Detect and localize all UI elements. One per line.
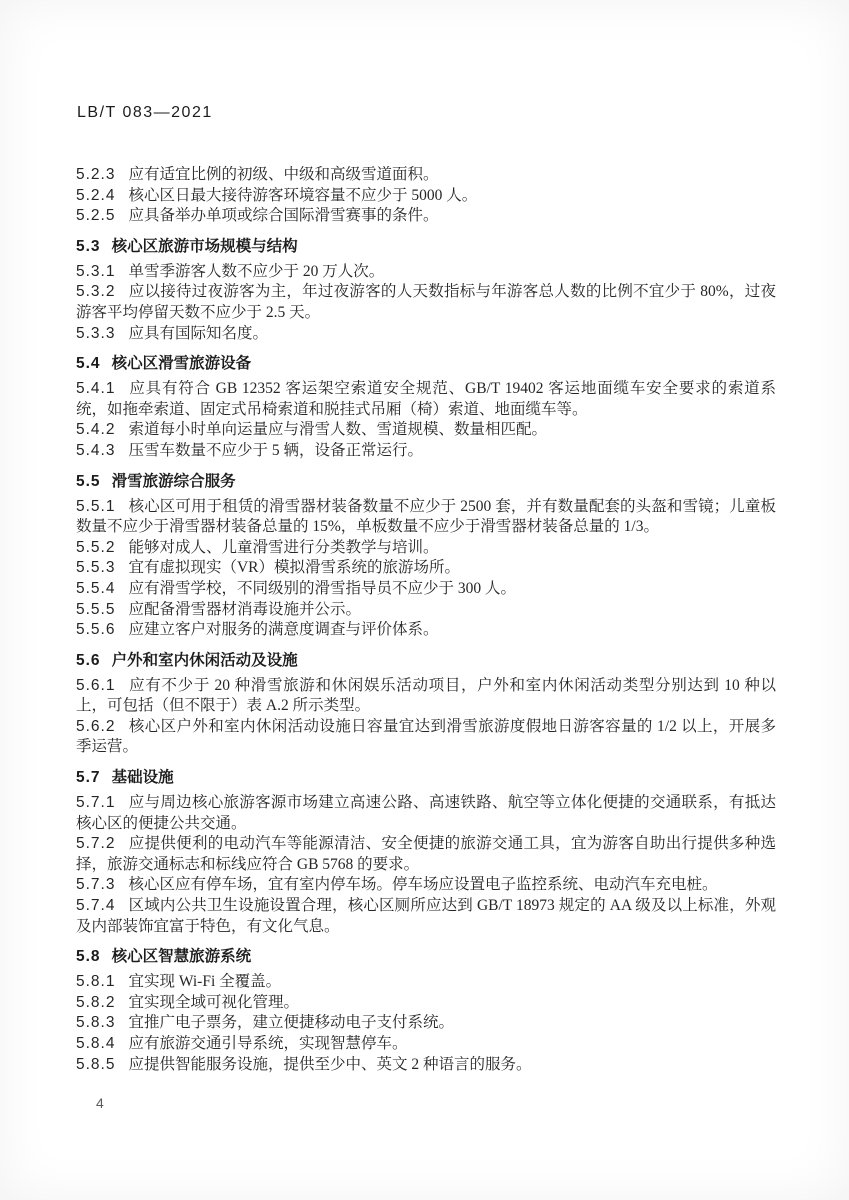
clause-text: 应有不少于 20 种滑雪旅游和休闲娱乐活动项目，户外和室内休闲活动类型分别达到 … — [76, 677, 776, 715]
clause-number: 5.2.4 — [76, 187, 115, 204]
clause-text: 区域内公共卫生设施设置合理，核心区厕所应达到 GB/T 18973 规定的 AA… — [76, 897, 776, 935]
clause-text: 应具备举办单项或综合国际滑雪赛事的条件。 — [128, 207, 438, 224]
document-code-header: LB/T 083—2021 — [77, 104, 213, 122]
clause-paragraph: 5.8.2宜实现全域可视化管理。 — [76, 993, 776, 1014]
section-number: 5.5 — [76, 473, 101, 490]
clause-text: 核心区日最大接待游客环境容量不应少于 5000 人。 — [128, 187, 477, 204]
clause-text: 核心区应有停车场，宜有室内停车场。停车场应设置电子监控系统、电动汽车充电桩。 — [128, 876, 717, 893]
clause-number: 5.7.3 — [76, 876, 115, 893]
clause-text: 宜推广电子票务，建立便捷移动电子支付系统。 — [128, 1014, 454, 1031]
clause-number: 5.3.1 — [76, 263, 115, 280]
clause-text: 应具有国际知名度。 — [128, 325, 268, 342]
clause-number: 5.8.2 — [76, 994, 115, 1011]
clause-text: 宜实现 Wi-Fi 全覆盖。 — [128, 973, 281, 990]
clause-number: 5.4.1 — [76, 380, 115, 397]
page-number: 4 — [96, 1095, 104, 1111]
section-heading: 5.5滑雪旅游综合服务 — [76, 471, 776, 492]
clause-text: 应与周边核心旅游客源市场建立高速公路、高速铁路、航空等立体化便捷的交通联系，有抵… — [76, 794, 776, 832]
clause-paragraph: 5.5.5应配备滑雪器材消毒设施并公示。 — [76, 600, 776, 621]
clause-paragraph: 5.3.2应以接待过夜游客为主，年过夜游客的人天数指标与年游客总人数的比例不宜少… — [76, 282, 776, 323]
clause-text: 核心区户外和室内休闲活动设施日容量宜达到滑雪旅游度假地日游客容量的 1/2 以上… — [76, 718, 776, 756]
section-title-text: 滑雪旅游综合服务 — [112, 473, 236, 490]
clause-paragraph: 5.8.5应提供智能服务设施，提供至少中、英文 2 种语言的服务。 — [76, 1055, 776, 1076]
clause-text: 应有旅游交通引导系统，实现智慧停车。 — [128, 1035, 407, 1052]
clause-paragraph: 5.6.2核心区户外和室内休闲活动设施日容量宜达到滑雪旅游度假地日游客容量的 1… — [76, 717, 776, 758]
clause-paragraph: 5.3.3应具有国际知名度。 — [76, 324, 776, 345]
clause-number: 5.8.5 — [76, 1056, 115, 1073]
clause-paragraph: 5.5.1核心区可用于租赁的滑雪器材装备数量不应少于 2500 套，并有数量配套… — [76, 497, 776, 538]
clause-number: 5.5.4 — [76, 580, 115, 597]
section-title-text: 核心区旅游市场规模与结构 — [112, 238, 298, 255]
clause-text: 核心区可用于租赁的滑雪器材装备数量不应少于 2500 套，并有数量配套的头盔和雪… — [76, 498, 776, 536]
clause-paragraph: 5.5.2能够对成人、儿童滑雪进行分类教学与培训。 — [76, 538, 776, 559]
section-number: 5.6 — [76, 652, 101, 669]
clause-number: 5.7.4 — [76, 897, 115, 914]
section-title-text: 户外和室内休闲活动及设施 — [112, 652, 298, 669]
clause-text: 应提供智能服务设施，提供至少中、英文 2 种语言的服务。 — [128, 1056, 531, 1073]
clause-number: 5.4.2 — [76, 421, 115, 438]
clause-number: 5.3.3 — [76, 325, 115, 342]
clause-text: 单雪季游客人数不应少于 20 万人次。 — [128, 263, 384, 280]
clause-paragraph: 5.2.3应有适宜比例的初级、中级和高级雪道面积。 — [76, 165, 776, 186]
clause-paragraph: 5.2.4核心区日最大接待游客环境容量不应少于 5000 人。 — [76, 186, 776, 207]
clause-text: 压雪车数量不应少于 5 辆，设备正常运行。 — [128, 442, 423, 459]
section-title-text: 基础设施 — [112, 769, 174, 786]
clause-number: 5.8.4 — [76, 1035, 115, 1052]
clause-number: 5.6.1 — [76, 677, 115, 694]
clause-paragraph: 5.7.1应与周边核心旅游客源市场建立高速公路、高速铁路、航空等立体化便捷的交通… — [76, 793, 776, 834]
clause-text: 宜实现全域可视化管理。 — [128, 994, 299, 1011]
document-page: LB/T 083—2021 5.2.3应有适宜比例的初级、中级和高级雪道面积。5… — [0, 0, 849, 1200]
section-heading: 5.7基础设施 — [76, 767, 776, 788]
clause-number: 5.5.5 — [76, 601, 115, 618]
clause-number: 5.8.3 — [76, 1014, 115, 1031]
section-heading: 5.8核心区智慧旅游系统 — [76, 946, 776, 967]
clause-number: 5.3.2 — [76, 283, 115, 300]
clause-text: 应提供便利的电动汽车等能源清洁、安全便捷的旅游交通工具，宜为游客自助出行提供多种… — [76, 835, 776, 873]
clause-text: 应配备滑雪器材消毒设施并公示。 — [128, 601, 361, 618]
section-heading: 5.6户外和室内休闲活动及设施 — [76, 650, 776, 671]
clause-text: 应有适宜比例的初级、中级和高级雪道面积。 — [128, 166, 438, 183]
clause-paragraph: 5.4.2索道每小时单向运量应与滑雪人数、雪道规模、数量相匹配。 — [76, 420, 776, 441]
section-title-text: 核心区滑雪旅游设备 — [112, 355, 252, 372]
clause-number: 5.5.6 — [76, 621, 115, 638]
document-body: 5.2.3应有适宜比例的初级、中级和高级雪道面积。5.2.4核心区日最大接待游客… — [76, 165, 776, 1075]
clause-number: 5.2.5 — [76, 207, 115, 224]
clause-paragraph: 5.7.2应提供便利的电动汽车等能源清洁、安全便捷的旅游交通工具，宜为游客自助出… — [76, 834, 776, 875]
clause-text: 索道每小时单向运量应与滑雪人数、雪道规模、数量相匹配。 — [128, 421, 547, 438]
clause-number: 5.2.3 — [76, 166, 115, 183]
clause-text: 应建立客户对服务的满意度调查与评价体系。 — [128, 621, 438, 638]
clause-number: 5.4.3 — [76, 442, 115, 459]
clause-paragraph: 5.7.4区域内公共卫生设施设置合理，核心区厕所应达到 GB/T 18973 规… — [76, 896, 776, 937]
clause-paragraph: 5.8.4应有旅游交通引导系统，实现智慧停车。 — [76, 1034, 776, 1055]
clause-paragraph: 5.8.1宜实现 Wi-Fi 全覆盖。 — [76, 972, 776, 993]
clause-paragraph: 5.8.3宜推广电子票务，建立便捷移动电子支付系统。 — [76, 1013, 776, 1034]
clause-number: 5.7.1 — [76, 794, 115, 811]
clause-paragraph: 5.4.1应具有符合 GB 12352 客运架空索道安全规范、GB/T 1940… — [76, 379, 776, 420]
section-number: 5.8 — [76, 948, 101, 965]
clause-paragraph: 5.5.6应建立客户对服务的满意度调查与评价体系。 — [76, 620, 776, 641]
clause-number: 5.5.3 — [76, 559, 115, 576]
clause-number: 5.5.2 — [76, 539, 115, 556]
clause-paragraph: 5.3.1单雪季游客人数不应少于 20 万人次。 — [76, 262, 776, 283]
clause-paragraph: 5.6.1应有不少于 20 种滑雪旅游和休闲娱乐活动项目，户外和室内休闲活动类型… — [76, 676, 776, 717]
clause-number: 5.5.1 — [76, 498, 115, 515]
clause-number: 5.8.1 — [76, 973, 115, 990]
clause-text: 应有滑雪学校，不同级别的滑雪指导员不应少于 300 人。 — [128, 580, 516, 597]
section-number: 5.7 — [76, 769, 101, 786]
clause-paragraph: 5.5.4应有滑雪学校，不同级别的滑雪指导员不应少于 300 人。 — [76, 579, 776, 600]
section-title-text: 核心区智慧旅游系统 — [112, 948, 252, 965]
clause-paragraph: 5.5.3宜有虚拟现实（VR）模拟滑雪系统的旅游场所。 — [76, 558, 776, 579]
clause-paragraph: 5.4.3压雪车数量不应少于 5 辆，设备正常运行。 — [76, 441, 776, 462]
section-heading: 5.3核心区旅游市场规模与结构 — [76, 236, 776, 257]
clause-number: 5.7.2 — [76, 835, 115, 852]
section-number: 5.3 — [76, 238, 101, 255]
section-number: 5.4 — [76, 355, 101, 372]
clause-text: 能够对成人、儿童滑雪进行分类教学与培训。 — [128, 539, 438, 556]
clause-text: 应具有符合 GB 12352 客运架空索道安全规范、GB/T 19402 客运地… — [76, 380, 776, 418]
clause-paragraph: 5.2.5应具备举办单项或综合国际滑雪赛事的条件。 — [76, 206, 776, 227]
clause-number: 5.6.2 — [76, 718, 115, 735]
section-heading: 5.4核心区滑雪旅游设备 — [76, 353, 776, 374]
clause-paragraph: 5.7.3核心区应有停车场，宜有室内停车场。停车场应设置电子监控系统、电动汽车充… — [76, 875, 776, 896]
clause-text: 宜有虚拟现实（VR）模拟滑雪系统的旅游场所。 — [128, 559, 460, 576]
clause-text: 应以接待过夜游客为主，年过夜游客的人天数指标与年游客总人数的比例不宜少于 80%… — [76, 283, 776, 321]
